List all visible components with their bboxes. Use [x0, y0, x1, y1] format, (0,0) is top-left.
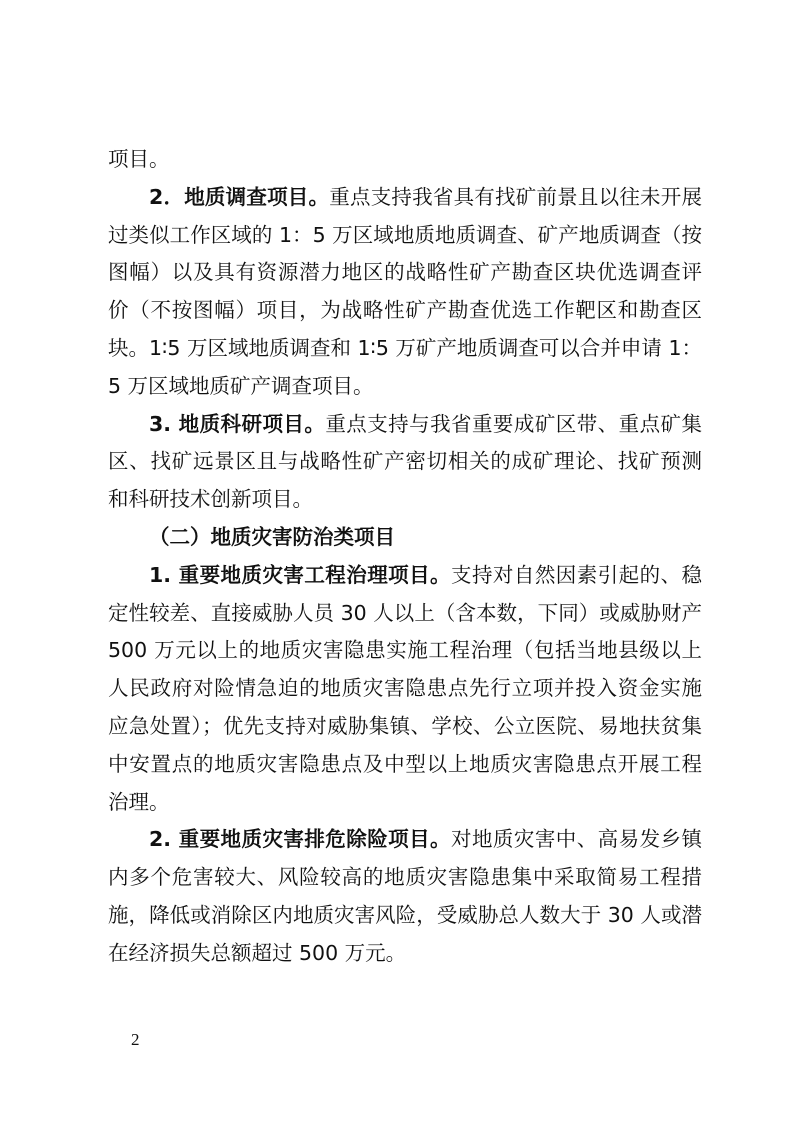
section-heading: （二）地质灾害防治类项目 [149, 525, 395, 549]
item-heading: 3. 地质科研项目。 [149, 412, 325, 436]
paragraph-disaster-risk-removal: 2. 重要地质灾害排危除险项目。对地质灾害中、高易发乡镇内多个危害较大、风险较高… [108, 821, 702, 972]
paragraph-continuation: 项目。 [108, 141, 702, 179]
item-heading: 1. 重要地质灾害工程治理项目。 [149, 563, 451, 587]
page-number: 2 [131, 1030, 140, 1050]
paragraph-geological-research: 3. 地质科研项目。重点支持与我省重要成矿区带、重点矿集区、找矿远景区且与战略性… [108, 406, 702, 519]
document-body: 项目。 2．地质调查项目。重点支持我省具有找矿前景且以往未开展过类似工作区域的 … [108, 141, 702, 973]
item-text: 重点支持我省具有找矿前景且以往未开展过类似工作区域的 1：5 万区域地质地质调查… [108, 185, 702, 398]
item-heading: 2. 重要地质灾害排危除险项目。 [149, 827, 451, 851]
paragraph-disaster-engineering: 1. 重要地质灾害工程治理项目。支持对自然因素引起的、稳定性较差、直接威胁人员 … [108, 557, 702, 822]
section-heading-disaster-prevention: （二）地质灾害防治类项目 [108, 519, 702, 557]
item-heading: 2．地质调查项目。 [149, 185, 329, 209]
paragraph-geological-survey: 2．地质调查项目。重点支持我省具有找矿前景且以往未开展过类似工作区域的 1：5 … [108, 179, 702, 406]
item-text: 支持对自然因素引起的、稳定性较差、直接威胁人员 30 人以上（含本数，下同）或威… [108, 563, 702, 814]
document-page: 项目。 2．地质调查项目。重点支持我省具有找矿前景且以往未开展过类似工作区域的 … [0, 0, 800, 1132]
